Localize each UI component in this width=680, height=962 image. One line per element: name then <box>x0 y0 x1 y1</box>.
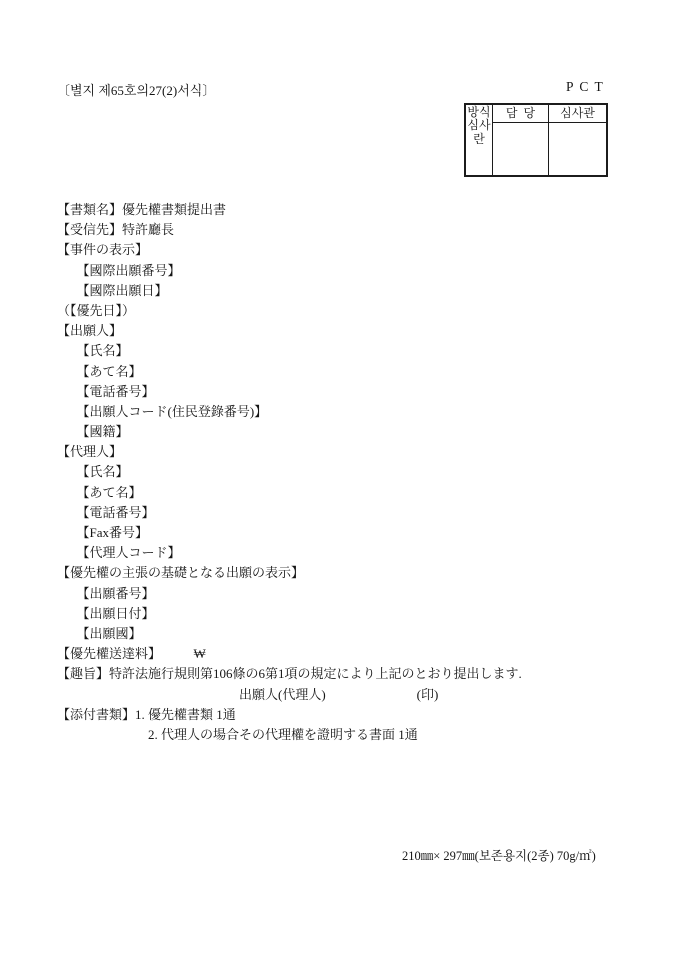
form-line: 【國籍】 <box>57 422 670 442</box>
review-table-column-staff: 담 당 <box>493 105 549 175</box>
review-table-cell-staff <box>493 123 548 175</box>
form-line: 【出願人】 <box>57 321 670 341</box>
form-line: 【Fax番号】 <box>57 523 670 543</box>
form-line: （【優先日】） <box>57 301 670 321</box>
formality-review-table: 방식심사란 담 당 심사관 <box>464 103 608 177</box>
form-line: 【出願國】 <box>57 624 670 644</box>
form-line: 【出願日付】 <box>57 604 670 624</box>
form-line: 【氏名】 <box>57 462 670 482</box>
form-line: 【受信先】特許廳長 <box>57 220 670 240</box>
form-line: 出願人(代理人) (印) <box>57 685 670 705</box>
paper-size-note: 210㎜× 297㎜(보존용지(2종) 70g/㎡) <box>402 846 596 864</box>
form-line: 【優先權送達料】 ₩ <box>57 644 670 664</box>
document-page: 〔별지 제65호의27(2)서식〕 P C T 방식심사란 담 당 심사관 【書… <box>0 0 680 962</box>
pct-label: P C T <box>566 79 604 95</box>
form-line: 【あて名】 <box>57 362 670 382</box>
form-line: 【趣旨】特許法施行規則第106條の6第1項の規定により上記のとおり提出します. <box>57 664 670 684</box>
review-table-cell-examiner <box>549 123 606 175</box>
form-line: 【代理人コード】 <box>57 543 670 563</box>
form-reference-label: 〔별지 제65호의27(2)서식〕 <box>57 80 215 99</box>
form-line: 【電話番号】 <box>57 503 670 523</box>
review-table-column-examiner: 심사관 <box>549 105 606 175</box>
review-table-side-label: 방식심사란 <box>466 105 493 175</box>
form-line: 2. 代理人の場合その代理權を證明する書面 1通 <box>57 725 670 745</box>
form-line: 【あて名】 <box>57 483 670 503</box>
form-line: 【國際出願日】 <box>57 281 670 301</box>
review-table-header-staff: 담 당 <box>493 105 548 123</box>
form-line: 【國際出願番号】 <box>57 261 670 281</box>
form-line: 【出願番号】 <box>57 584 670 604</box>
form-line: 【出願人コード(住民登錄番号)】 <box>57 402 670 422</box>
form-line: 【添付書類】1. 優先權書類 1通 <box>57 705 670 725</box>
form-line: 【優先權の主張の基礎となる出願の表示】 <box>57 563 670 583</box>
form-line: 【代理人】 <box>57 442 670 462</box>
form-line: 【事件の表示】 <box>57 240 670 260</box>
review-table-header-examiner: 심사관 <box>549 105 606 123</box>
form-body: 【書類名】優先權書類提出書【受信先】特許廳長【事件の表示】 【國際出願番号】 【… <box>57 200 670 745</box>
form-line: 【電話番号】 <box>57 382 670 402</box>
form-line: 【書類名】優先權書類提出書 <box>57 200 670 220</box>
form-line: 【氏名】 <box>57 341 670 361</box>
